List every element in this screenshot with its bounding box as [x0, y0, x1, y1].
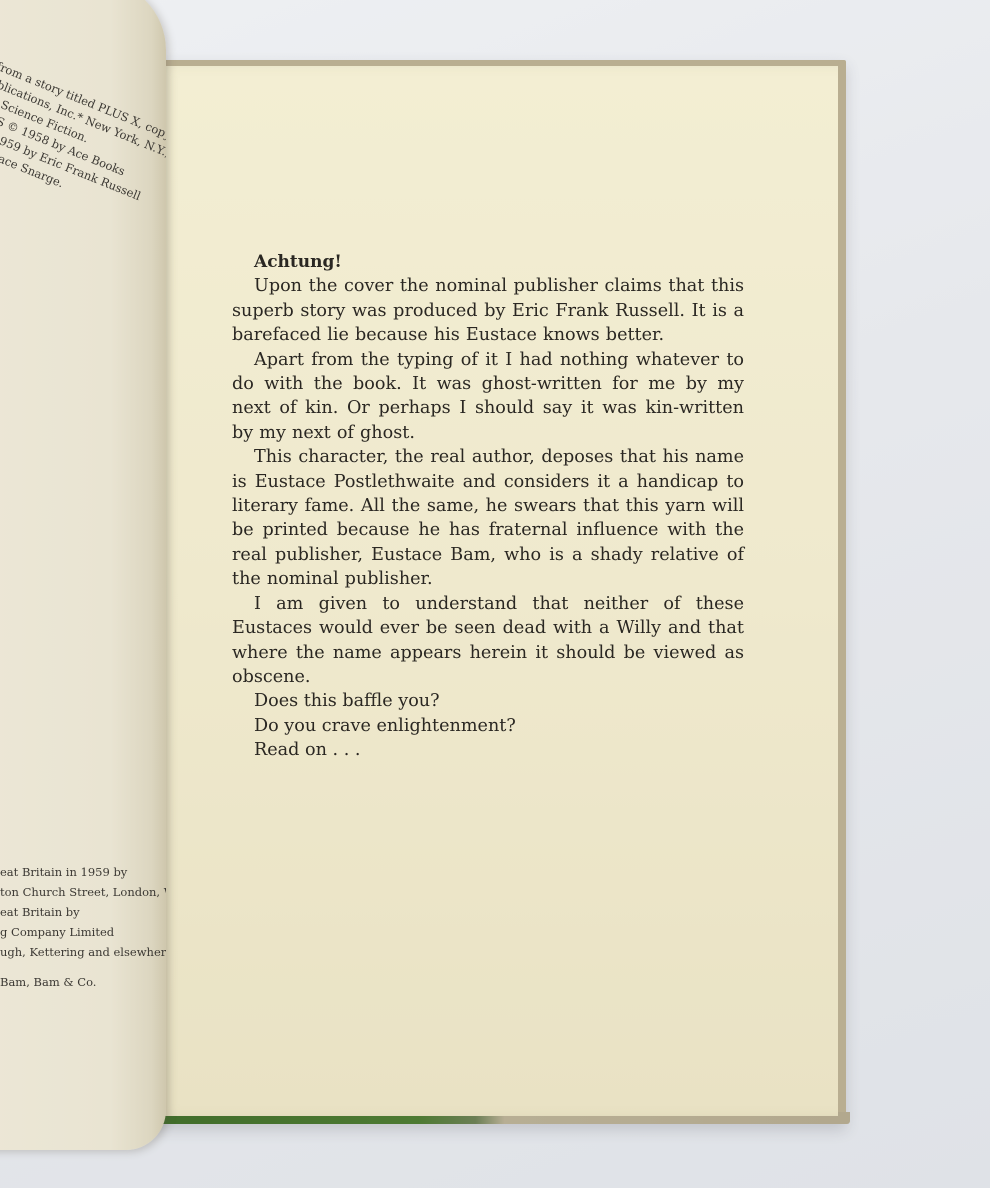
closing-line: Read on . . . [232, 738, 744, 762]
imprint-line: Bam, Bam & Co. [0, 972, 166, 992]
copyright-notice: from a story titled PLUS X, copyright ub… [0, 58, 166, 227]
foreword-text: Achtung! Upon the cover the nominal publ… [232, 250, 744, 763]
imprint-line: g Company Limited [0, 922, 166, 942]
imprint-line: eat Britain in 1959 by [0, 862, 166, 882]
paragraph: Apart from the typing of it I had nothin… [232, 348, 744, 446]
left-page: from a story titled PLUS X, copyright ub… [0, 0, 166, 1150]
closing-line: Does this baffle you? [232, 689, 744, 713]
closing-line: Do you crave enlightenment? [232, 714, 744, 738]
paragraph: I am given to understand that neither of… [232, 592, 744, 690]
imprint-line: ton Church Street, London, W.1 [0, 882, 166, 902]
imprint-line: ugh, Kettering and elsewhere [0, 942, 166, 962]
right-page: Achtung! Upon the cover the nominal publ… [158, 66, 838, 1116]
imprint-line: eat Britain by [0, 902, 166, 922]
paragraph: Upon the cover the nominal publisher cla… [232, 274, 744, 347]
paragraph: This character, the real author, deposes… [232, 445, 744, 591]
imprint-spacer [0, 962, 166, 972]
photo-scene: Achtung! Upon the cover the nominal publ… [0, 0, 990, 1188]
foreword-heading: Achtung! [254, 250, 744, 274]
imprint-notice: eat Britain in 1959 by ton Church Street… [0, 862, 166, 992]
